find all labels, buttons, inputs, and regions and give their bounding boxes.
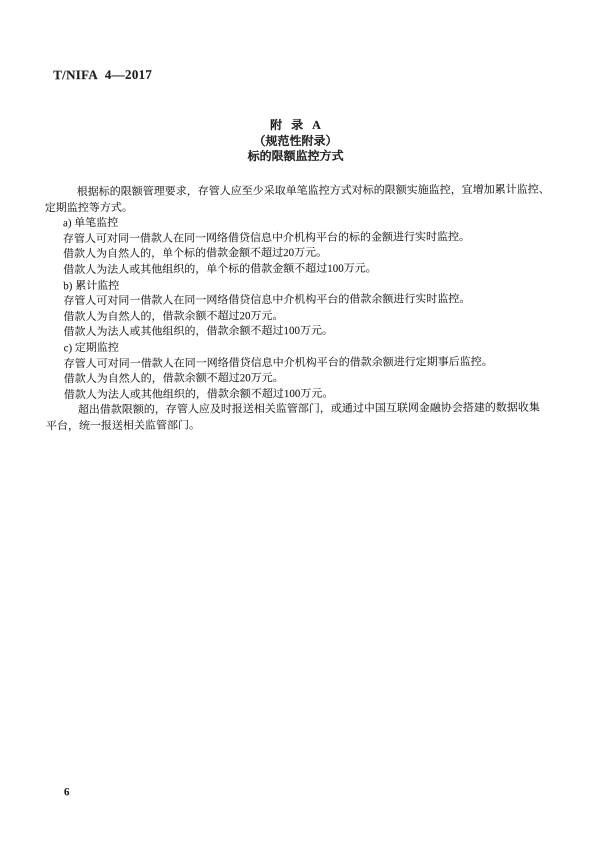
appendix-heading-block: 附 录 A （规范性附录） 标的限额监控方式 [44,117,546,166]
appendix-title: 标的限额监控方式 [45,148,547,166]
scan-tilt-wrapper: T/NIFA 4—2017 附 录 A （规范性附录） 标的限额监控方式 根据标… [0,0,600,849]
body-line: 超出借款限额的，存管人应及时报送相关监管部门，或通过中国互联网金融协会搭建的数据… [46,401,600,419]
standard-code-header: T/NIFA 4—2017 [53,67,152,84]
document-body: 根据标的限额管理要求，存管人应至少采取单笔监控方式对标的限额实施监控，宜增加累计… [45,182,600,434]
page-number: 6 [64,786,70,798]
scanned-document-page: T/NIFA 4—2017 附 录 A （规范性附录） 标的限额监控方式 根据标… [0,0,600,849]
body-line: 平台，统一报送相关监管部门。 [46,416,600,434]
body-line: 根据标的限额管理要求，存管人应至少采取单笔监控方式对标的限额实施监控，宜增加累计… [45,182,599,200]
